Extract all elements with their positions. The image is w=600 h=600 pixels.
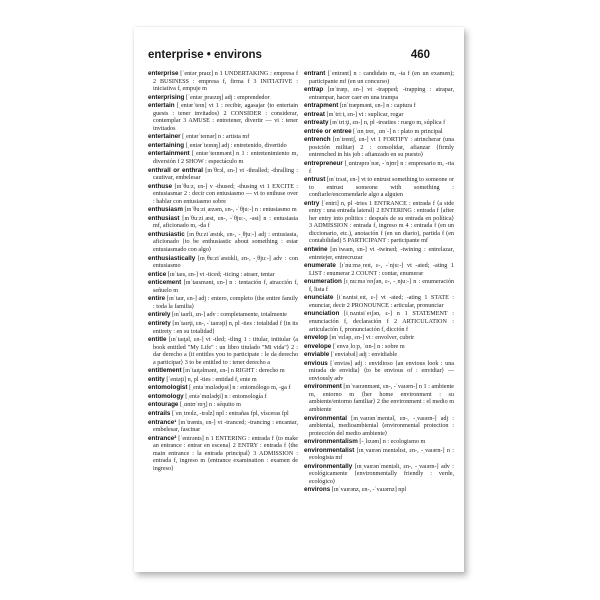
dictionary-entry: environs [ɪnˈvaɪrənz, ɛn-, -ˈvaɪərnz] np… [304, 486, 454, 495]
page-number: 460 [411, 49, 430, 61]
entry-headword: entry [304, 200, 319, 207]
dictionary-entry: enviable [ˈenviəbəl] adj : envidiable [304, 351, 454, 360]
dictionary-entry: entertain [ˌentərˈteɪn] vt 1 : recibir, … [148, 102, 298, 133]
dictionary-entry: entrap [ɪnˈtræp, ɛn-] vt -trapped; -trap… [304, 86, 454, 102]
entry-headword: enthusiast [148, 215, 180, 222]
entry-headword: entomologist [148, 384, 188, 391]
dictionary-entry: entrance¹ [ɪnˈtrænts, ɛn-] vt -tranced; … [148, 419, 298, 435]
entry-headword: entire [148, 295, 165, 302]
entry-definition: [ˌentərˈteɪn] vt 1 : recibir, agasajar ⟨… [153, 103, 298, 132]
entry-headword: entirely [148, 311, 170, 318]
entry-headword: entitle [148, 336, 167, 343]
dictionary-entry: enthusiastic [ɪnˌθuːziˈæstɪk, ɛn-, -ˌθju… [148, 231, 298, 255]
dictionary-entry: envelope [ˈenvəˌloːp, ˈɑn-] n : sobre m [304, 343, 454, 352]
entry-definition: [ɪnˈtaɪr, ɛn-] adj : entero, completo ⟨t… [153, 296, 298, 310]
dictionary-entry: enthusiasm [ɪnˈθuːziˌæzəm, ɛn-, -ˈθjuː-]… [148, 206, 298, 215]
dictionary-entry: enunciate [iˈnʌntsiˌeɪt, ɛ-] vt -ated; -… [304, 294, 454, 310]
dictionary-entry: enterprise [ˈentərˌpraɪz] n 1 UNDERTAKIN… [148, 70, 298, 94]
entry-definition: [ˈenviəbəl] adj : envidiable [329, 352, 397, 358]
dictionary-entry: environmentalism [-ˌlɪzəm] n : ecologism… [304, 438, 454, 447]
dictionary-entry: entertaining [ˌentərˈteɪnɪŋ] adj : entre… [148, 142, 298, 151]
entry-headword: entourage [148, 401, 178, 408]
entry-headword: enterprising [148, 94, 184, 101]
dictionary-entry: entrust [ɪnˈtrʌst, ɛn-] vt to entrust so… [304, 176, 454, 200]
dictionary-entry: enthrall or enthral [ɪnˈθrɔl, ɛn-] vt -t… [148, 167, 298, 183]
dictionary-entry: entwine [ɪnˈtwaɪn, ɛn-] vt -twined; -twi… [304, 246, 454, 262]
entry-headword: entrance² [148, 435, 176, 442]
entry-definition: [ɪnˈθuːz, ɛn-] v -thused; -thusing vt 1 … [153, 184, 298, 205]
dictionary-entry: enterprising [ˈentərˌpraɪzɪŋ] adj : empr… [148, 94, 298, 103]
entry-headword: envelope [304, 343, 331, 350]
entry-definition: [ɪnˈtaɪs, ɛn-] vt -ticed; -ticing : atra… [166, 272, 274, 278]
entry-headword: enthrall or enthral [148, 167, 203, 174]
dictionary-entry: environmental [ɪnˌvaɪrənˈmentəl, ɛn-, -ˌ… [304, 415, 454, 439]
entry-headword: entrap [304, 86, 323, 93]
entry-definition: [ˌentəˈmɑləʤɪst] n : entomólogo m, -ga f [188, 385, 291, 391]
page-header: enterprise • environs 460 [148, 49, 450, 65]
entry-headword: entertaining [148, 142, 184, 149]
entry-headword: entrepreneur [304, 160, 343, 167]
entry-definition: [ˈenvəˌloːp, ˈɑn-] n : sobre m [331, 344, 404, 350]
entry-headword: entreaty [304, 119, 329, 126]
entry-headword: entrench [304, 136, 331, 143]
dictionary-entry: envious [ˈenviəs] adj : envidioso ⟨an en… [304, 360, 454, 384]
dictionary-entry: entitle [ɪnˈtaɪţəl, ɛn-] vt -tled; -tlin… [148, 336, 298, 367]
entry-headword: entitlement [148, 367, 182, 374]
entry-headword: enthusiastic [148, 231, 185, 238]
dictionary-entry: entertainer [ˌentərˈteɪnər] n : artista … [148, 133, 298, 142]
entry-headword: enumeration [304, 278, 342, 285]
entry-headword: envious [304, 360, 328, 367]
entry-headword: enumerate [304, 262, 336, 269]
dictionary-entry: entrench [ɪnˈtrentʃ, ɛn-] vt 1 FORTIFY :… [304, 136, 454, 160]
dictionary-entry: entreaty [ɪnˈtriːţi, ɛn-] n, pl -treatie… [304, 119, 454, 128]
entry-headword: environs [304, 486, 330, 493]
entry-definition: [ɪnˈtriːt, ɛn-] vt : suplicar, rogar [325, 112, 403, 118]
entry-headword: environmentalist [304, 447, 354, 454]
entry-definition: [ˈenˌtreɪlz, -trəlz] npl : entrañas fpl,… [170, 411, 288, 417]
dictionary-entry: entrance² [ˈentrənts] n 1 ENTERING : ent… [148, 435, 298, 474]
dictionary-entry: entry [ˈentri] n, pl -tries 1 ENTRANCE :… [304, 200, 454, 246]
entry-headword: entrapment [304, 102, 338, 109]
dictionary-entry: entitlement [ɪnˈtaɪţəlmənt, ɛn-] n RIGHT… [148, 367, 298, 376]
entry-headword: entertainment [148, 150, 190, 157]
entry-headword: entrée or entree [304, 128, 352, 135]
entry-definition: [ɪnˈtrʌst, ɛn-] vt to entrust something … [309, 177, 454, 198]
dictionary-entry: entrapment [ɪnˈtræpmənt, ɛn-] n : captur… [304, 102, 454, 111]
dictionary-entry: entire [ɪnˈtaɪr, ɛn-] adj : entero, comp… [148, 295, 298, 311]
entry-headword: enthusiastically [148, 255, 195, 262]
entry-definition: [ɪnˈtaɪţəl, ɛn-] vt -tled; -tling 1 : ti… [153, 337, 298, 366]
entry-headword: entwine [304, 246, 327, 253]
dictionary-entry: environmentalist [ɪnˌvaɪrənˈmentəlɪst, ɛ… [304, 447, 454, 463]
entry-columns: enterprise [ˈentərˌpraɪz] n 1 UNDERTAKIN… [148, 70, 454, 495]
entry-headword: entrant [304, 70, 325, 77]
left-column: enterprise [ˈentərˌpraɪz] n 1 UNDERTAKIN… [148, 70, 298, 495]
entry-headword: entirety [148, 320, 171, 327]
entry-headword: enunciation [304, 310, 339, 317]
entry-headword: enthuse [148, 183, 172, 190]
entry-definition: [ɪnˈtræpmənt, ɛn-] n : captura f [338, 103, 415, 109]
entry-definition: [ˈentrənt] n : candidato m, -ta f (en un… [309, 71, 454, 85]
dictionary-entry: entice [ɪnˈtaɪs, ɛn-] vt -ticed; -ticing… [148, 271, 298, 280]
dictionary-entry: enunciation [iˌnʌntsiˈeɪʃən, ɛ-] n 1 STA… [304, 310, 454, 334]
entry-definition: [ˌentərˈteɪnɪŋ] adj : entretenido, diver… [184, 143, 287, 149]
entry-definition: [ɪnˈtwaɪn, ɛn-] vt -twined; -twining : e… [309, 247, 454, 261]
right-column: entrant [ˈentrənt] n : candidato m, -ta … [304, 70, 454, 495]
entry-headword: entomology [148, 393, 184, 400]
dictionary-entry: enthuse [ɪnˈθuːz, ɛn-] v -thused; -thusi… [148, 183, 298, 207]
entry-definition: [ɪnˈtrentʃ, ɛn-] vt 1 FORTIFY : atrinche… [309, 137, 454, 158]
entry-headword: enunciate [304, 294, 333, 301]
dictionary-entry: enthusiast [ɪnˈθuːziˌæst, ɛn-, -ˈθjuː-, … [148, 215, 298, 231]
dictionary-entry: entreat [ɪnˈtriːt, ɛn-] vt : suplicar, r… [304, 111, 454, 120]
entry-headword: envelop [304, 334, 328, 341]
entry-headword: environmentally [304, 463, 352, 470]
entry-headword: enterprise [148, 70, 178, 77]
entry-headword: environment [304, 383, 342, 390]
dictionary-entry: entertainment [ˌentərˈteɪnmənt] n 1 : en… [148, 150, 298, 166]
dictionary-entry: enthusiastically [ɪnˌθuːziˈæstɪkli, ɛn-,… [148, 255, 298, 271]
entry-headword: entrance¹ [148, 419, 176, 426]
entry-headword: entice [148, 271, 166, 278]
entry-definition: [ˌɑntʊˈrɑʒ] n : séquito m [178, 402, 241, 408]
dictionary-entry: entomology [ˌentəˈmɑləʤi] n : entomologí… [148, 393, 298, 402]
entry-headword: enthusiasm [148, 206, 183, 213]
entry-definition: [ˌentəˈmɑləʤi] n : entomología f [184, 394, 267, 400]
entry-definition: [-ˌlɪzəm] n : ecologismo m [358, 439, 425, 445]
entry-definition: [ɪnˈθuːziˌæzəm, ɛn-, -ˈθjuː-] n : entusi… [183, 207, 297, 213]
dictionary-entry: entirely [ɪnˈtaɪrli, ɛn-] adv : completa… [148, 311, 298, 320]
dictionary-entry: entrant [ˈentrənt] n : candidato m, -ta … [304, 70, 454, 86]
entry-definition: [ˈɑnˌtreɪ, ˌɑnˈ-] n : plato m principal [352, 129, 443, 135]
entry-definition: [ˈentri] n, pl -tries 1 ENTRANCE : entra… [309, 201, 454, 245]
entry-headword: entrust [304, 176, 325, 183]
dictionary-entry: entrails [ˈenˌtreɪlz, -trəlz] npl : entr… [148, 410, 298, 419]
entry-definition: [ɪnˈtaɪrli, ɛn-] adv : completamente, to… [170, 312, 286, 318]
dictionary-entry: enumeration [ɪˌnuːməˈreɪʃən, ɛ-, -ˌnjuː-… [304, 278, 454, 294]
dictionary-entry: entirety [ɪnˈtaɪrţi, ɛn-, -ˈtaɪrəţi] n, … [148, 320, 298, 336]
dictionary-entry: enticement [ɪnˈtaɪsmənt, ɛn-] n : tentac… [148, 279, 298, 295]
dictionary-entry: enumerate [ɪˈnuːməˌreɪt, ɛ-, -ˈnjuː-] vt… [304, 262, 454, 278]
entry-headword: entertainer [148, 133, 181, 140]
dictionary-entry: entrepreneur [ˌɑntrəprəˈnər, -ˈnjʊr] n :… [304, 160, 454, 176]
entry-headword: environmental [304, 415, 347, 422]
entry-headword: entreat [304, 111, 325, 118]
entry-definition: [ɪnˈvaɪrənz, ɛn-, -ˈvaɪərnz] npl [330, 487, 406, 493]
dictionary-page: enterprise • environs 460 enterprise [ˈe… [134, 27, 464, 572]
dictionary-entry: entrée or entree [ˈɑnˌtreɪ, ˌɑnˈ-] n : p… [304, 128, 454, 137]
entry-definition: [ˌentərˈteɪnər] n : artista mf [181, 134, 250, 140]
dictionary-entry: entourage [ˌɑntʊˈrɑʒ] n : séquito m [148, 401, 298, 410]
entry-headword: environmentalism [304, 438, 358, 445]
dictionary-entry: environmentally [ɪnˌvaɪrənˈmentəli, ɛn-,… [304, 463, 454, 487]
entry-headword: enviable [304, 351, 329, 358]
dictionary-entry: entity [ˈentəţi] n, pl -ties : entidad f… [148, 376, 298, 385]
dictionary-entry: envelop [ɪnˈvɛləp, ɛn-] vt : envolver, c… [304, 334, 454, 343]
entry-definition: [ɪnˈtræp, ɛn-] vt -trapped; -trapping : … [309, 87, 454, 101]
dictionary-entry: environment [ɪnˈvaɪrənmənt, ɛn-, -ˈvaɪər… [304, 383, 454, 414]
entry-definition: [ˈentərˌpraɪzɪŋ] adj : emprendedor [184, 95, 269, 101]
guide-words: enterprise • environs [148, 49, 262, 61]
entry-definition: [ɪnˈvɛləp, ɛn-] vt : envolver, cubrir [328, 335, 414, 341]
entry-headword: enticement [148, 279, 181, 286]
entry-headword: entity [148, 376, 165, 383]
entry-definition: [ˈenviəs] adj : envidioso ⟨an envious lo… [309, 361, 454, 382]
entry-headword: entertain [148, 102, 175, 109]
entry-headword: entrails [148, 410, 170, 417]
entry-definition: [ɪnˈtaɪţəlmənt, ɛn-] n RIGHT : derecho m [182, 368, 285, 374]
entry-definition: [ˈentəţi] n, pl -ties : entidad f, ente … [165, 377, 257, 383]
entry-definition: [ɪnˈtaɪrţi, ɛn-, -ˈtaɪrəţi] n, pl -ties … [153, 321, 298, 335]
entry-definition: [ɪnˈtriːţi, ɛn-] n, pl -treaties : ruego… [329, 120, 446, 126]
dictionary-entry: entomologist [ˌentəˈmɑləʤɪst] n : entomó… [148, 384, 298, 393]
